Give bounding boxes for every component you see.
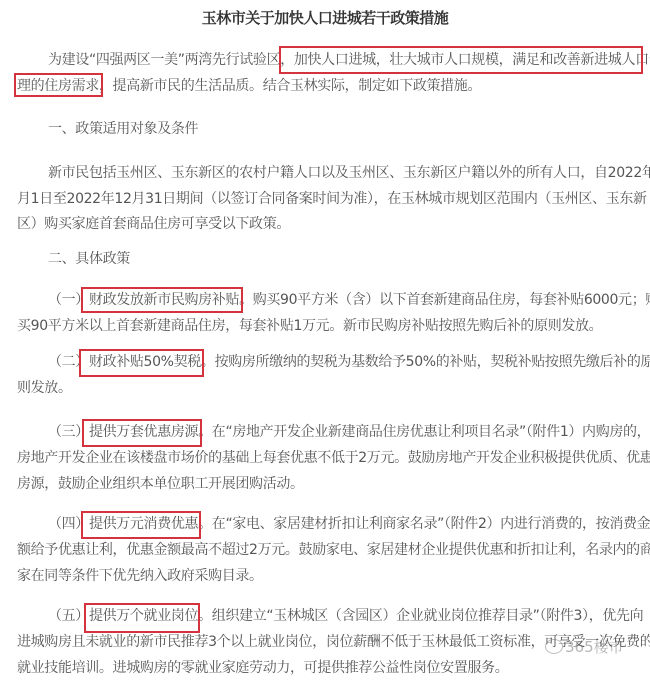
policy-item-3-line-2: 房地产开发企业在该楼盘市场价的基础上每套优惠不低于2万元。鼓励房地产开发企业积极…: [17, 448, 647, 468]
policy-item-4-line-3: 家在同等条件下优先纳入政府采购目录。: [17, 566, 647, 586]
section-heading-2: 二、具体政策: [48, 249, 650, 269]
policy-item-3-line-3: 房源，鼓励企业组织本单位职工开展团购活动。: [17, 474, 647, 494]
policy-item-2-line-1: （二）财政补贴50%契税。按购房所缴纳的契税为基数给予50%的补贴，契税补贴按照…: [48, 352, 650, 372]
policy-item-4-line-1: （四）提供万元消费优惠。在“家电、家居建材折扣让利商家名录”（附件2）内进行消费…: [48, 514, 650, 534]
watermark-text: 365楼市: [565, 638, 624, 656]
section1-line-2: 月1日至2022年12月31日期间（以签订合同备案时间为准），在玉林城市规划区范…: [17, 189, 647, 209]
policy-item-3-line-1: （三）提供万套优惠房源。在“房地产开发企业新建商品住房优惠让利项目名录”（附件1…: [48, 422, 650, 442]
policy-item-5-line-3: 就业技能培训。进城购房的零就业家庭劳动力，可提供推荐公益性岗位安置服务。: [17, 658, 647, 678]
policy-item-1-line-1: （一）财政发放新市民购房补贴。购买90平方米（含）以下首套新建商品住房，每套补贴…: [48, 290, 650, 310]
section1-line-1: 新市民包括玉州区、玉东新区的农村户籍人口以及玉州区、玉东新区户籍以外的所有人口，…: [48, 163, 650, 183]
section1-line-3: 区）购买家庭首套商品住房可享受以下政策。: [17, 214, 647, 234]
intro-line-2: 理的住房需求，提高新市民的生活品质。结合玉林实际，制定如下政策措施。: [17, 76, 647, 96]
wechat-icon: [545, 639, 563, 654]
policy-item-1-line-2: 买90平方米以上首套新建商品住房，每套补贴1万元。新市民购房补贴按照先购后补的原…: [17, 316, 647, 336]
policy-item-4-line-2: 额给予优惠让利，优惠金额最高不超过2万元。鼓励家电、家居建材企业提供优惠和折扣让…: [17, 540, 647, 560]
page-title: 玉林市关于加快人口进城若干政策措施: [0, 7, 650, 29]
section-heading-1: 一、政策适用对象及条件: [48, 119, 650, 139]
policy-item-2-line-2: 则发放。: [17, 378, 647, 398]
watermark: 365楼市: [545, 636, 624, 657]
policy-item-5-line-1: （五）提供万个就业岗位。组织建立“玉林城区（含园区）企业就业岗位推荐目录”（附件…: [48, 606, 650, 626]
intro-line-1: 为建设“四强两区一美”两湾先行试验区，加快人口进城，壮大城市人口规模，满足和改善…: [48, 50, 650, 70]
